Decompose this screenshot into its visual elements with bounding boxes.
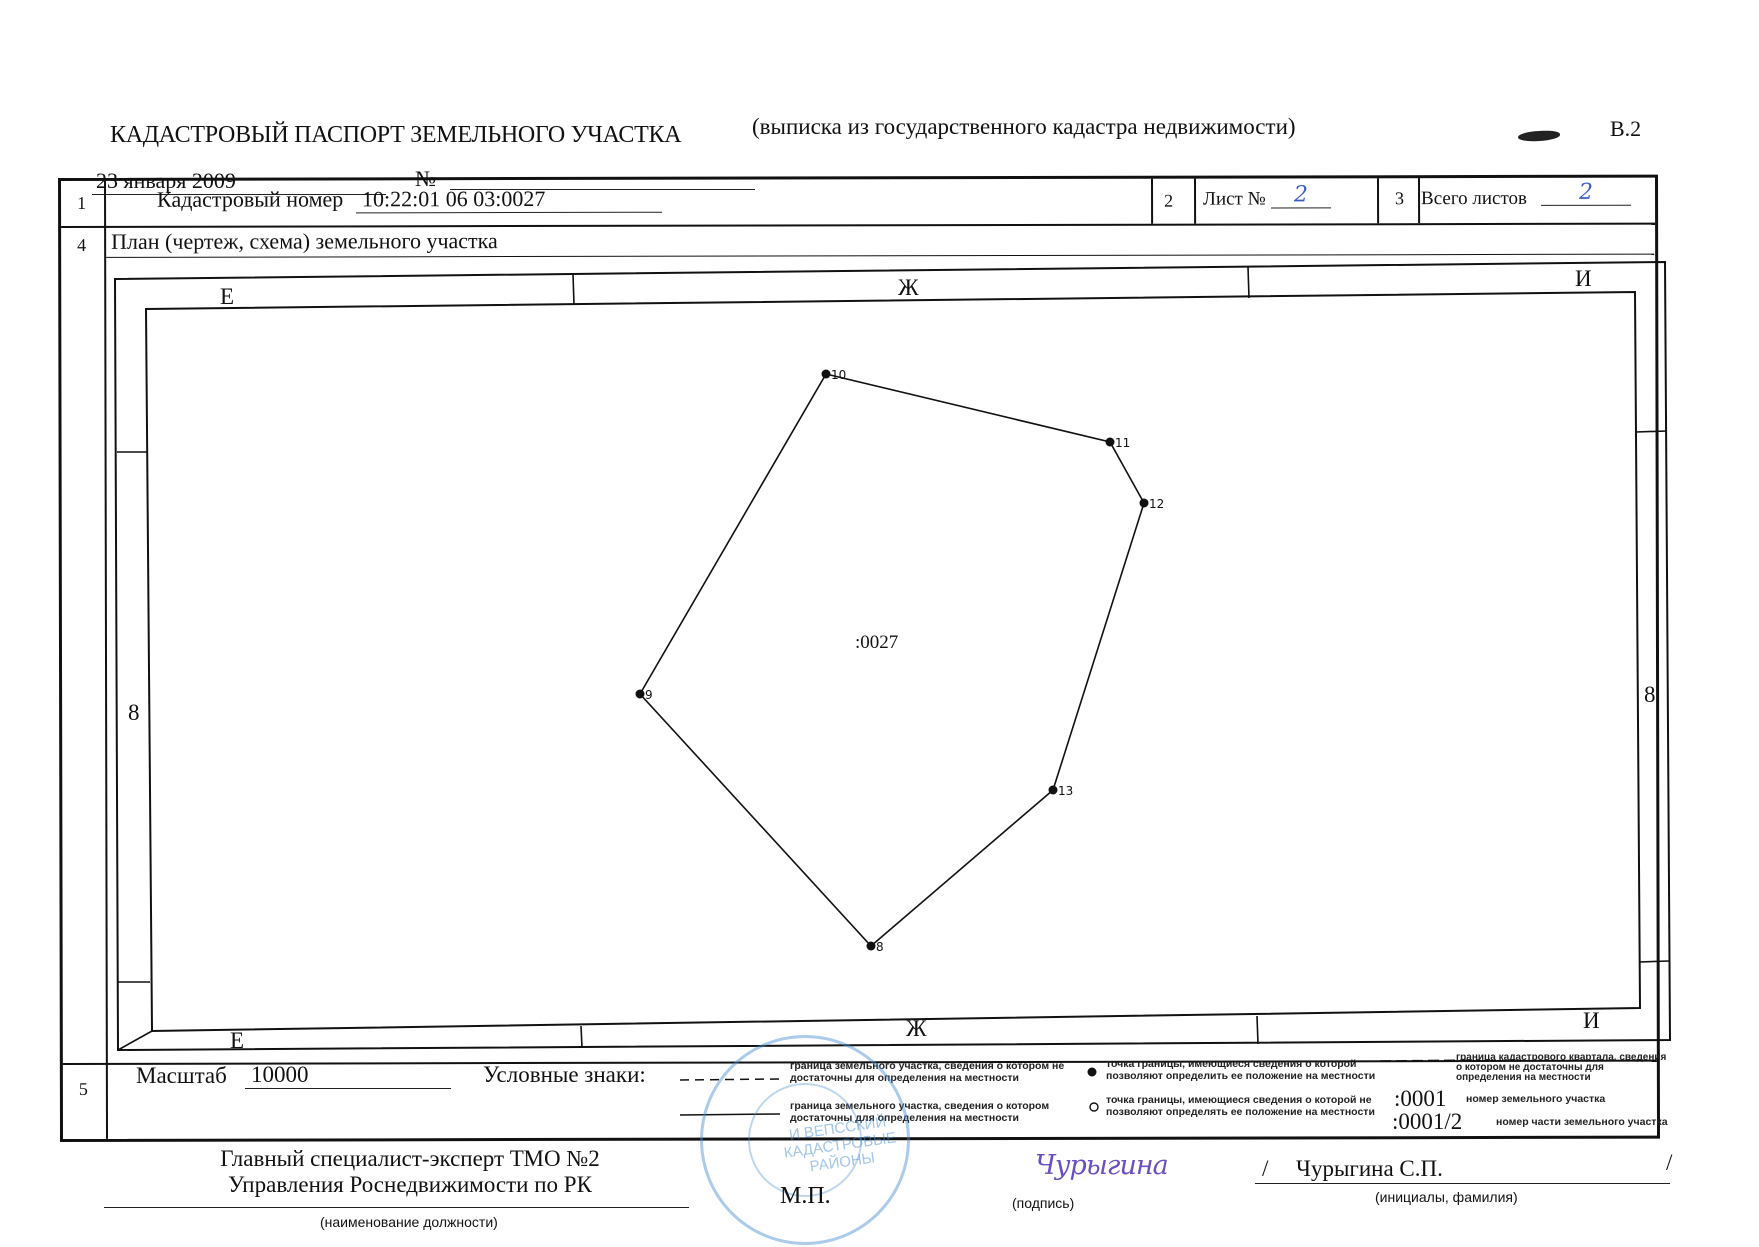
legend-parcel-code-desc: номер земельного участка: [1466, 1093, 1605, 1105]
position-line1: Главный специалист-эксперт ТМО №2: [150, 1146, 670, 1172]
position-underline: [104, 1207, 689, 1208]
legend-part-code-desc: номер части земельного участка: [1496, 1116, 1668, 1128]
hollow-point-symbol: [1090, 1103, 1098, 1111]
stamp-place-label: М.П.: [780, 1183, 831, 1210]
name-caption: (инициалы, фамилия): [1375, 1189, 1518, 1205]
legend-hollow-point: точка границы, имеющиеся сведения о кото…: [1106, 1094, 1391, 1118]
legend-filled-point: точка границы, имеющиеся сведения о кото…: [1106, 1058, 1396, 1082]
position-line2: Управления Роснедвижимости по РК: [150, 1172, 670, 1198]
legend-quarter-boundary: граница кадастрового квартала, сведения …: [1456, 1053, 1671, 1083]
position-caption: (наименование должности): [320, 1214, 498, 1230]
signature-caption: (подпись): [1012, 1195, 1074, 1211]
name-slash-left: /: [1262, 1156, 1268, 1182]
filled-point-symbol: [1088, 1068, 1097, 1077]
legend-part-code: :0001/2: [1392, 1109, 1462, 1135]
signatory-name: Чурыгина С.П.: [1296, 1156, 1443, 1182]
signature: Чурыгина: [1035, 1150, 1168, 1181]
name-slash-right: /: [1666, 1150, 1672, 1176]
position-title: Главный специалист-эксперт ТМО №2 Управл…: [150, 1146, 670, 1198]
name-underline: [1255, 1183, 1670, 1184]
